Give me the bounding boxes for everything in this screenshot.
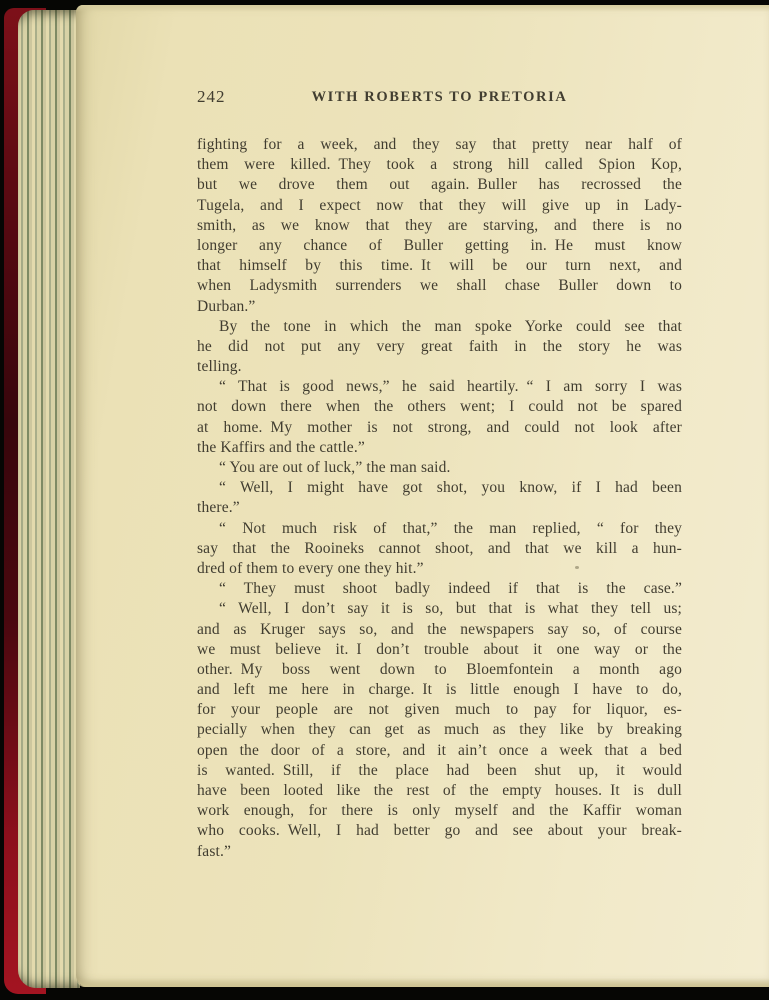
text-line: fast.” <box>197 842 682 862</box>
text-line: Tugela, and I expect now that they will … <box>197 196 682 216</box>
text-line: “ Well, I don’t say it is so, but that i… <box>197 599 682 619</box>
text-line: smith, as we know that they are starving… <box>197 216 682 236</box>
text-line: that himself by this time. It will be ou… <box>197 256 682 276</box>
text-line: other. My boss went down to Bloemfontein… <box>197 660 682 680</box>
text-line: “ That is good news,” he said heartily. … <box>197 377 682 397</box>
text-line: fighting for a week, and they say that p… <box>197 135 682 155</box>
text-line: open the door of a store, and it ain’t o… <box>197 741 682 761</box>
text-line: “ Not much risk of that,” the man replie… <box>197 519 682 539</box>
text-line: say that the Rooineks cannot shoot, and … <box>197 539 682 559</box>
text-line: who cooks. Well, I had better go and see… <box>197 821 682 841</box>
text-line: “ Well, I might have got shot, you know,… <box>197 478 682 498</box>
page-number: 242 <box>197 87 226 107</box>
book-page: 242 WITH ROBERTS TO PRETORIA fighting fo… <box>76 5 769 987</box>
text-line: there.” <box>197 498 682 518</box>
text-line: dred of them to every one they hit.” <box>197 559 682 579</box>
text-line: By the tone in which the man spoke Yorke… <box>197 317 682 337</box>
body-text: fighting for a week, and they say that p… <box>197 135 682 862</box>
text-line: not down there when the others went; I c… <box>197 397 682 417</box>
text-line: is wanted. Still, if the place had been … <box>197 761 682 781</box>
page-content: 242 WITH ROBERTS TO PRETORIA fighting fo… <box>197 87 682 862</box>
text-line: at home. My mother is not strong, and co… <box>197 418 682 438</box>
scan-artifact-dot <box>575 566 579 569</box>
text-line: but we drove them out again. Buller has … <box>197 175 682 195</box>
text-line: he did not put any very great faith in t… <box>197 337 682 357</box>
text-line: and left me here in charge. It is little… <box>197 680 682 700</box>
running-title: WITH ROBERTS TO PRETORIA <box>197 87 682 106</box>
page-header: 242 WITH ROBERTS TO PRETORIA <box>197 87 682 108</box>
text-line: the Kaffirs and the cattle.” <box>197 438 682 458</box>
text-line: we must believe it. I don’t trouble abou… <box>197 640 682 660</box>
text-line: “ You are out of luck,” the man said. <box>197 458 682 478</box>
text-line: them were killed. They took a strong hil… <box>197 155 682 175</box>
text-line: longer any chance of Buller getting in. … <box>197 236 682 256</box>
text-line: when Ladysmith surrenders we shall chase… <box>197 276 682 296</box>
text-line: have been looted like the rest of the em… <box>197 781 682 801</box>
text-line: Durban.” <box>197 297 682 317</box>
text-line: and as Kruger says so, and the newspaper… <box>197 620 682 640</box>
text-line: telling. <box>197 357 682 377</box>
page-edge-stack <box>18 10 80 988</box>
text-line: pecially when they can get as much as th… <box>197 720 682 740</box>
text-line: “ They must shoot badly indeed if that i… <box>197 579 682 599</box>
text-line: for your people are not given much to pa… <box>197 700 682 720</box>
text-line: work enough, for there is only myself an… <box>197 801 682 821</box>
